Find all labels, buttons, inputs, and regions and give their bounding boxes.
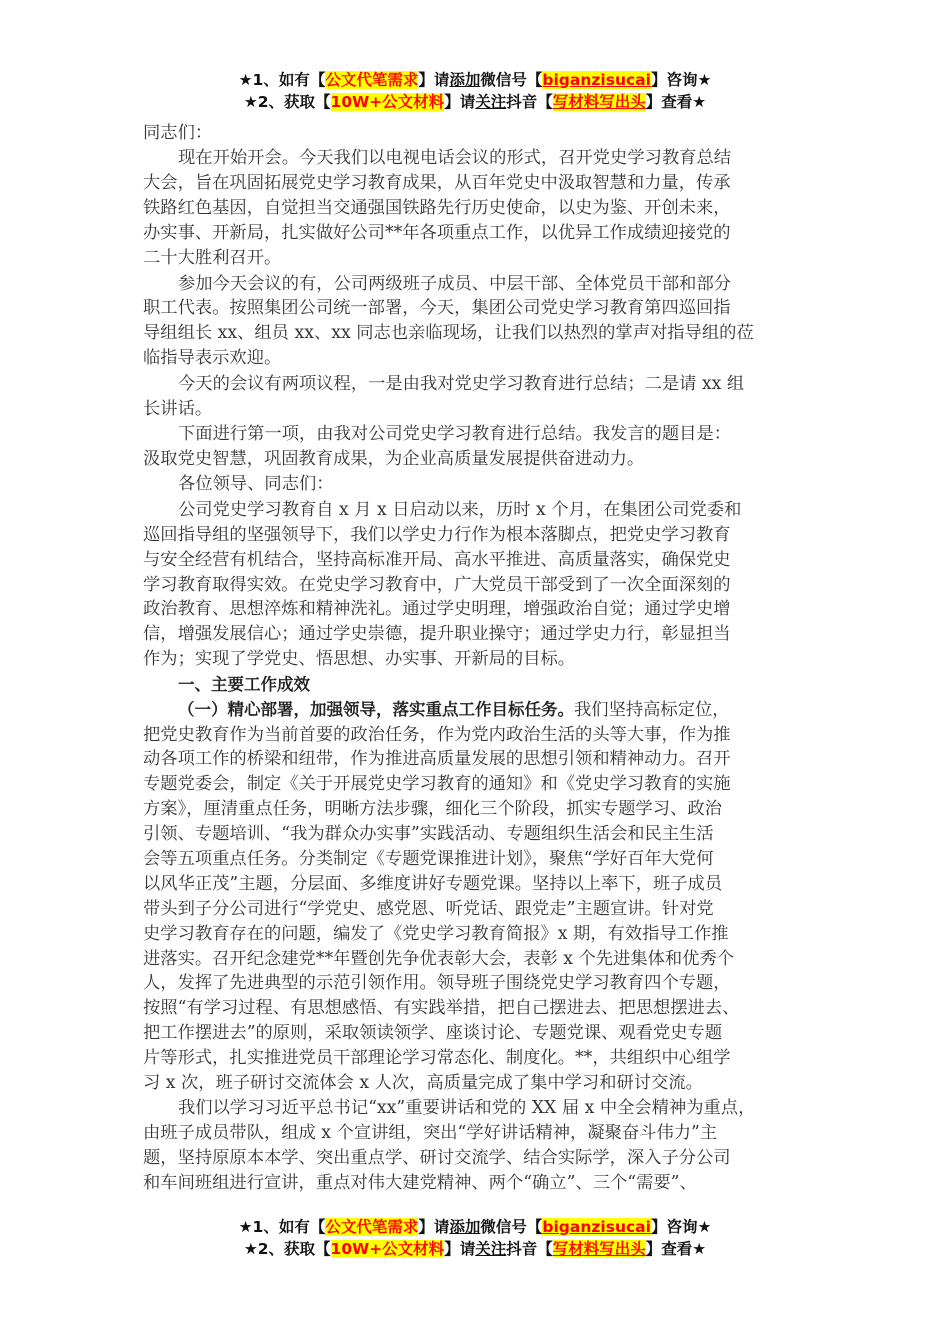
body-line: 公司党史学习教育自 x 月 x 日启动以来，历时 x 个月，在集团公司党委和 [143,498,813,523]
body-line: 办实事、开新局，扎实做好公司**年各项重点工作，以优异工作成绩迎接党的 [143,221,813,246]
promo-wechat-id: biganzisucai [542,1218,651,1236]
salutation: 同志们： [143,121,813,146]
promo-underlined: 关注 [475,93,506,111]
promo-line-1: ★1、如有【公文代笔需求】请添加微信号【biganzisucai】咨询★ [0,69,950,91]
body-line: 长讲话。 [143,397,813,422]
top-promo-banner: ★1、如有【公文代笔需求】请添加微信号【biganzisucai】咨询★ ★2、… [0,69,950,113]
body-line: 大会，旨在巩固拓展党史学习教育成果，从百年党史中汲取智慧和力量，传承 [143,171,813,196]
body-line: 方案》，厘清重点任务，明晰方法步骤，细化三个阶段，抓实专题学习、政治 [143,797,813,822]
body-line: 信，增强发展信心；通过学史崇德，提升职业操守；通过学史力行，彰显担当 [143,622,813,647]
body-line: 学习教育取得实效。在党史学习教育中，广大党员干部受到了一次全面深刻的 [143,573,813,598]
body-line: 引领、专题培训、“我为群众办实事”实践活动、专题组织生活会和民主生活 [143,822,813,847]
promo-line-2: ★2、获取【10W+公文材料】请关注抖音【写材料写出头】查看★ [0,91,950,113]
body-line: 把工作摆进去”的原则，采取领读领学、座谈讨论、专题党课、观看党史专题 [143,1021,813,1046]
promo-highlight: 10W+公文材料 [331,93,445,111]
body-line: 题，坚持原原本本学、突出重点学、研讨交流学、结合实际学，深入子分公司 [143,1146,813,1171]
body-line: 把党史教育作为当前首要的政治任务，作为党内政治生活的头等大事，作为推 [143,723,813,748]
promo-text: ★2、获取【 [244,1240,331,1258]
body-line: 二十大胜利召开。 [143,246,813,271]
subsection-line: （一）精心部署，加强领导，落实重点工作目标任务。我们坚持高标定位， [143,698,813,723]
promo-underlined: 关注 [475,1240,506,1258]
body-line: 汲取党史智慧，巩固教育成果，为企业高质量发展提供奋进动力。 [143,447,813,472]
body-line: 由班子成员带队，组成 x 个宣讲组，突出“学好讲话精神，凝聚奋斗伟力”主 [143,1121,813,1146]
promo-underlined: 添加 [449,1218,480,1236]
body-line: 习 x 次，班子研讨交流体会 x 人次，高质量完成了集中学习和研讨交流。 [143,1071,813,1096]
body-line: 职工代表。按照集团公司统一部署，今天，集团公司党史学习教育第四巡回指 [143,296,813,321]
body-line: 现在开始开会。今天我们以电视电话会议的形式，召开党史学习教育总结 [143,146,813,171]
body-line: 各位领导、同志们： [143,472,813,497]
body-line: 专题党委会，制定《关于开展党史学习教育的通知》和《党史学习教育的实施 [143,772,813,797]
body-line: 铁路红色基因，自觉担当交通强国铁路先行历史使命，以史为鉴、开创未来， [143,196,813,221]
promo-text: ★2、获取【 [244,93,331,111]
promo-text: 】请 [418,71,449,89]
promo-text: ★1、如有【 [239,1218,326,1236]
body-line: 和车间班组进行宣讲，重点对伟大建党精神、两个“确立”、三个“需要”、 [143,1171,813,1196]
promo-text: 】请 [444,1240,475,1258]
promo-text: 抖音【 [506,93,553,111]
promo-text: 抖音【 [506,1240,553,1258]
body-line: 参加今天会议的有，公司两级班子成员、中层干部、全体党员干部和部分 [143,272,813,297]
body-line: 进落实。召开纪念建党**年暨创先争优表彰大会，表彰 x 个先进集体和优秀个 [143,947,813,972]
subsection-heading: （一）精心部署，加强领导，落实重点工作目标任务。 [178,700,574,719]
body-line: 以风华正茂”主题，分层面、多维度讲好专题党课。坚持以上率下，班子成员 [143,872,813,897]
body-line: 按照“有学习过程、有思想感悟、有实践举措，把自己摆进去、把思想摆进去、 [143,996,813,1021]
promo-douyin-id: 写材料写出头 [553,1240,646,1258]
body-line: 带头到子分公司进行“学党史、感党恩、听党话、跟党走”主题宣讲。针对党 [143,897,813,922]
promo-text: 】咨询★ [651,71,711,89]
promo-line-1: ★1、如有【公文代笔需求】请添加微信号【biganzisucai】咨询★ [0,1216,950,1238]
promo-douyin-id: 写材料写出头 [553,93,646,111]
promo-text: 】请 [444,93,475,111]
body-line: 动各项工作的桥梁和纽带，作为推进高质量发展的思想引领和精神动力。召开 [143,747,813,772]
body-line: 我们以学习习近平总书记“xx”重要讲话和党的 XX 届 x 中全会精神为重点， [143,1096,813,1121]
promo-line-2: ★2、获取【10W+公文材料】请关注抖音【写材料写出头】查看★ [0,1238,950,1260]
promo-text: 】请 [418,1218,449,1236]
promo-highlight: 公文代笔需求 [325,71,418,89]
promo-wechat-id: biganzisucai [542,71,651,89]
body-text: 我们坚持高标定位， [574,700,730,720]
body-line: 政治教育、思想淬炼和精神洗礼。通过学史明理，增强政治自觉；通过学史增 [143,597,813,622]
body-line: 巡回指导组的坚强领导下，我们以学史力行作为根本落脚点，把党史学习教育 [143,523,813,548]
body-line: 下面进行第一项，由我对公司党史学习教育进行总结。我发言的题目是： [143,422,813,447]
body-line: 会等五项重点任务。分类制定《专题党课推进计划》，聚焦“学好百年大党何 [143,847,813,872]
body-line: 片等形式，扎实推进党员干部理论学习常态化、制度化。**，共组织中心组学 [143,1046,813,1071]
promo-text: 微信号【 [480,71,542,89]
promo-text: 】咨询★ [651,1218,711,1236]
bottom-promo-banner: ★1、如有【公文代笔需求】请添加微信号【biganzisucai】咨询★ ★2、… [0,1216,950,1260]
document-body: 同志们： 现在开始开会。今天我们以电视电话会议的形式，召开党史学习教育总结 大会… [143,121,813,1196]
section-heading: 一、主要工作成效 [143,673,813,698]
promo-underlined: 添加 [449,71,480,89]
promo-text: 微信号【 [480,1218,542,1236]
promo-text: 】查看★ [646,93,706,111]
body-line: 今天的会议有两项议程，一是由我对党史学习教育进行总结；二是请 xx 组 [143,372,813,397]
promo-text: 】查看★ [646,1240,706,1258]
promo-highlight: 10W+公文材料 [331,1240,445,1258]
body-line: 与安全经营有机结合，坚持高标准开局、高水平推进、高质量落实，确保党史 [143,548,813,573]
body-line: 导组组长 xx、组员 xx、xx 同志也亲临现场，让我们以热烈的掌声对指导组的莅 [143,321,813,346]
body-line: 临指导表示欢迎。 [143,346,813,371]
body-line: 作为；实现了学党史、悟思想、办实事、开新局的目标。 [143,647,813,672]
promo-highlight: 公文代笔需求 [325,1218,418,1236]
document-page: ★1、如有【公文代笔需求】请添加微信号【biganzisucai】咨询★ ★2、… [0,0,950,1344]
promo-text: ★1、如有【 [239,71,326,89]
body-line: 史学习教育存在的问题，编发了《党史学习教育简报》x 期，有效指导工作推 [143,922,813,947]
body-line: 人，发挥了先进典型的示范引领作用。领导班子围绕党史学习教育四个专题， [143,971,813,996]
